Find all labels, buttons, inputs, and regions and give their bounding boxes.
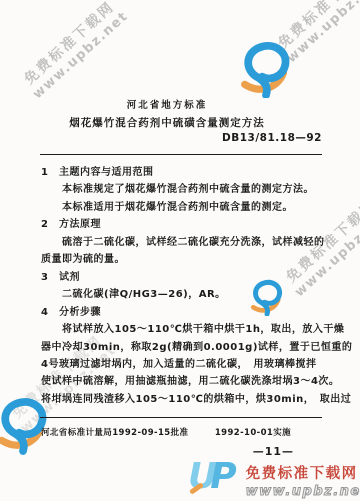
body-line: 质量即为硫的量。 (41, 251, 325, 268)
implementation-note: 1992-10-01实施 (215, 426, 291, 438)
body-line: 二硫化碳(津Q/HG3—26)，AR。 (41, 286, 325, 303)
footer-row: 河北省标准计量局1992-09-15批准 1992-10-01实施 (41, 426, 291, 438)
promo-site-url: www.upbz.net (246, 484, 360, 499)
body-line: 将试样放入105～110℃烘干箱中烘干1h，取出，放入干燥 (41, 321, 325, 338)
header-rule (40, 154, 322, 155)
body-line: 硫溶于二硫化碳，试样经二硫化碳充分洗涤，试样减轻的 (41, 234, 325, 251)
upbz-wordmark-icon: UP (188, 457, 240, 497)
document-content: 河北省地方标准 烟花爆竹混合药剂中硫磺含量测定方法 DB13/81.18—92 … (0, 0, 360, 501)
promo-text: 免费标准下载网 www.upbz.net (246, 457, 360, 499)
promo-site-name: 免费标准下载网 (246, 462, 360, 483)
body-line: 将坩埚连同残渣移入105～110℃的烘箱中，烘30min， 取出过 (41, 391, 325, 408)
body-line: 1 主题内容与适用范围 (41, 164, 325, 181)
body-line: 2 方法原理 (41, 216, 325, 233)
scanned-standard-page: 免费标准下载网 www.upbz.net 免费标准下载网 www.upbz.ne… (0, 0, 360, 501)
standard-doc-number: DB13/81.18—92 (0, 132, 322, 144)
upbz-promo-banner: UP 免费标准下载网 www.upbz.net (188, 457, 360, 499)
page-title: 烟花爆竹混合药剂中硫磺含量测定方法 (40, 115, 294, 130)
standard-org-line: 河北省地方标准 (40, 97, 294, 111)
body-line: 4号玻璃过滤坩埚内，加入适量的二硫化碳， 用玻璃棒搅拌 (41, 356, 325, 373)
wordmark-letter-p: P (210, 456, 229, 497)
body-line: 3 试剂 (41, 269, 325, 286)
footer-rule (40, 417, 322, 418)
body-line: 本标准规定了烟花爆竹混合药剂中硫含量的测定方法。 (41, 181, 325, 198)
document-body: 1 主题内容与适用范围本标准规定了烟花爆竹混合药剂中硫含量的测定方法。本标准适用… (41, 164, 325, 408)
body-line: 4 分析步骤 (41, 304, 325, 321)
body-line: 本标准适用于烟花爆竹混合药剂中硫含量的测定。 (41, 199, 325, 216)
body-line: 器中冷却30min，称取2g(精确到0.0001g)试样，置于已恒重的 (41, 339, 325, 356)
body-line: 使试样中硫溶解，用抽滤瓶抽滤，用二硫化碳洗涤坩埚3～4次。 (41, 373, 325, 390)
approval-note: 河北省标准计量局1992-09-15批准 (41, 426, 188, 438)
